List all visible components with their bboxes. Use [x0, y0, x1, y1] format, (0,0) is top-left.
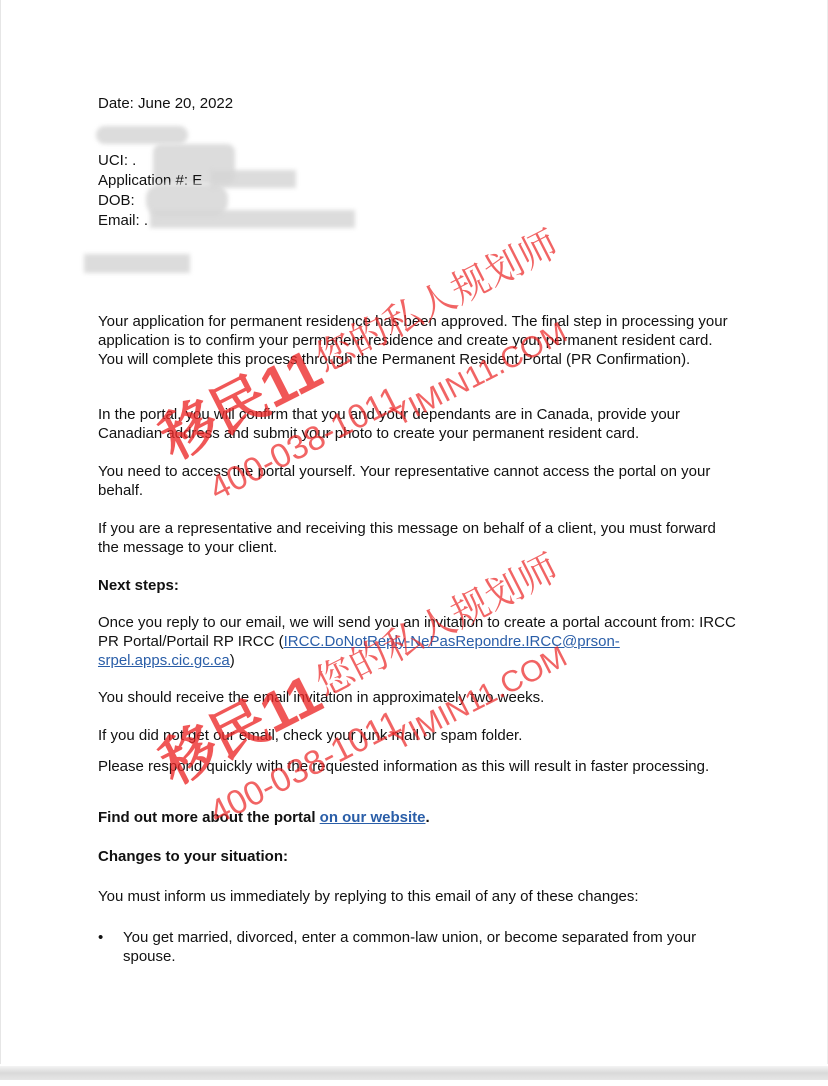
changes-heading: Changes to your situation:: [98, 847, 738, 866]
invitation-paragraph: Once you reply to our email, we will sen…: [98, 613, 738, 670]
list-item-text: You get married, divorced, enter a commo…: [123, 928, 738, 966]
find-out-text: Find out more about the portal: [98, 809, 320, 826]
redacted-name: [96, 126, 188, 144]
representative-paragraph: If you are a representative and receivin…: [98, 519, 738, 557]
respond-quickly-paragraph: Please respond quickly with the requeste…: [98, 757, 738, 776]
find-out-period: .: [426, 809, 430, 826]
bullet-icon: •: [98, 928, 123, 966]
redacted-email: [150, 210, 355, 228]
approval-paragraph: Your application for permanent residence…: [98, 312, 738, 369]
timing-paragraph: You should receive the email invitation …: [98, 688, 738, 707]
junk-mail-paragraph: If you did not get our email, check your…: [98, 726, 738, 745]
inform-paragraph: You must inform us immediately by replyi…: [98, 887, 738, 906]
access-paragraph: You need to access the portal yourself. …: [98, 462, 738, 500]
find-out-more: Find out more about the portal on our we…: [98, 808, 738, 827]
website-link[interactable]: on our website: [320, 809, 426, 826]
list-item: • You get married, divorced, enter a com…: [98, 928, 738, 966]
page-bottom-edge: [0, 1066, 828, 1080]
invitation-text-end: ): [230, 652, 235, 669]
document-page: Date: June 20, 2022 UCI: . Application #…: [0, 0, 828, 1064]
redacted-application-number: [210, 170, 296, 188]
next-steps-heading: Next steps:: [98, 576, 738, 595]
redacted-greeting: [84, 254, 190, 273]
letter-date: Date: June 20, 2022: [98, 94, 738, 113]
portal-paragraph: In the portal, you will confirm that you…: [98, 405, 738, 443]
